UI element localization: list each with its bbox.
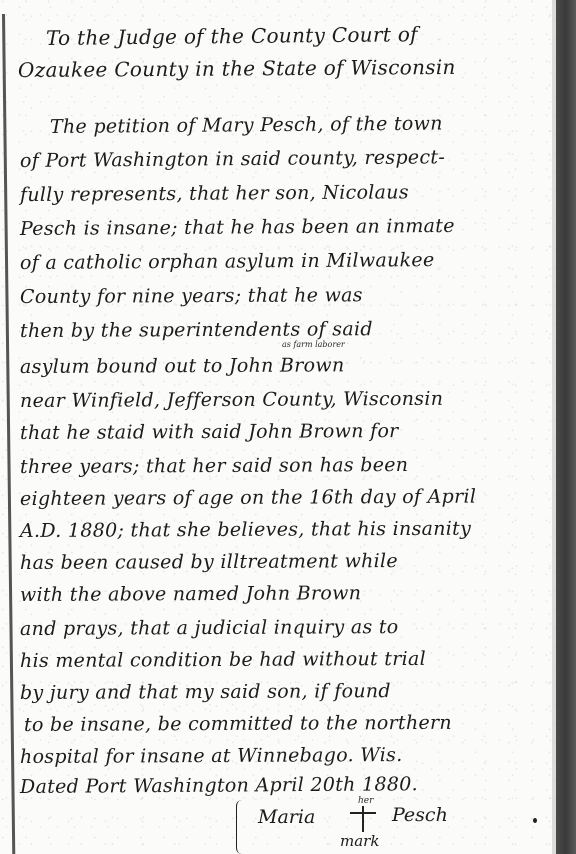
signature-brace [236, 800, 245, 854]
body-line-6: County for nine years; that he was [20, 284, 363, 308]
body-line-12: eighteen years of age on the 16th day of… [20, 486, 476, 510]
body-line-9: near Winfield, Jefferson County, Wiscons… [20, 388, 443, 412]
body-line-20: hospital for insane at Winnebago. Wis. [20, 744, 403, 768]
body-line-15: with the above named John Brown [20, 582, 361, 606]
address-line-1: To the Judge of the County Court of [46, 22, 418, 50]
body-line-16: and prays, that a judicial inquiry as to [20, 616, 399, 640]
interlinear-insertion: as farm laborer [282, 340, 345, 349]
body-line-13: A.D. 1880; that she believes, that his i… [20, 518, 471, 542]
body-line-7: then by the superintendents of said [20, 318, 373, 342]
body-line-19: to be insane, be committed to the northe… [24, 712, 452, 736]
body-line-2: of Port Washington in said county, respe… [20, 146, 445, 172]
body-line-8: asylum bound out to John Brown [20, 354, 345, 378]
document-page: To the Judge of the County Court of Ozau… [0, 0, 576, 854]
signature-last-name: Pesch [392, 804, 448, 826]
signature-mark-below: mark [340, 832, 379, 850]
signature-first-name: Maria [258, 806, 315, 828]
body-line-5: of a catholic orphan asylum in Milwaukee [20, 249, 435, 274]
petition-text: To the Judge of the County Court of Ozau… [14, 0, 554, 854]
address-line-2: Ozaukee County in the State of Wisconsin [18, 55, 456, 82]
body-line-3: fully represents, that her son, Nicolaus [20, 181, 409, 206]
signature-cross-mark-icon [350, 806, 376, 832]
dated-line: Dated Port Washington April 20th 1880. [20, 773, 418, 798]
ink-blot [533, 818, 537, 823]
scan-edge-shadow [556, 0, 576, 854]
body-line-17: his mental condition be had without tria… [20, 648, 426, 672]
signature-mark-above: her [358, 796, 373, 806]
body-line-11: three years; that her said son has been [20, 454, 408, 478]
body-line-18: by jury and that my said son, if found [20, 680, 391, 704]
body-line-1: The petition of Mary Pesch, of the town [50, 113, 443, 138]
body-line-10: that he staid with said John Brown for [20, 420, 399, 444]
body-line-4: Pesch is insane; that he has been an inm… [20, 215, 455, 240]
body-line-14: has been caused by illtreatment while [20, 550, 398, 574]
